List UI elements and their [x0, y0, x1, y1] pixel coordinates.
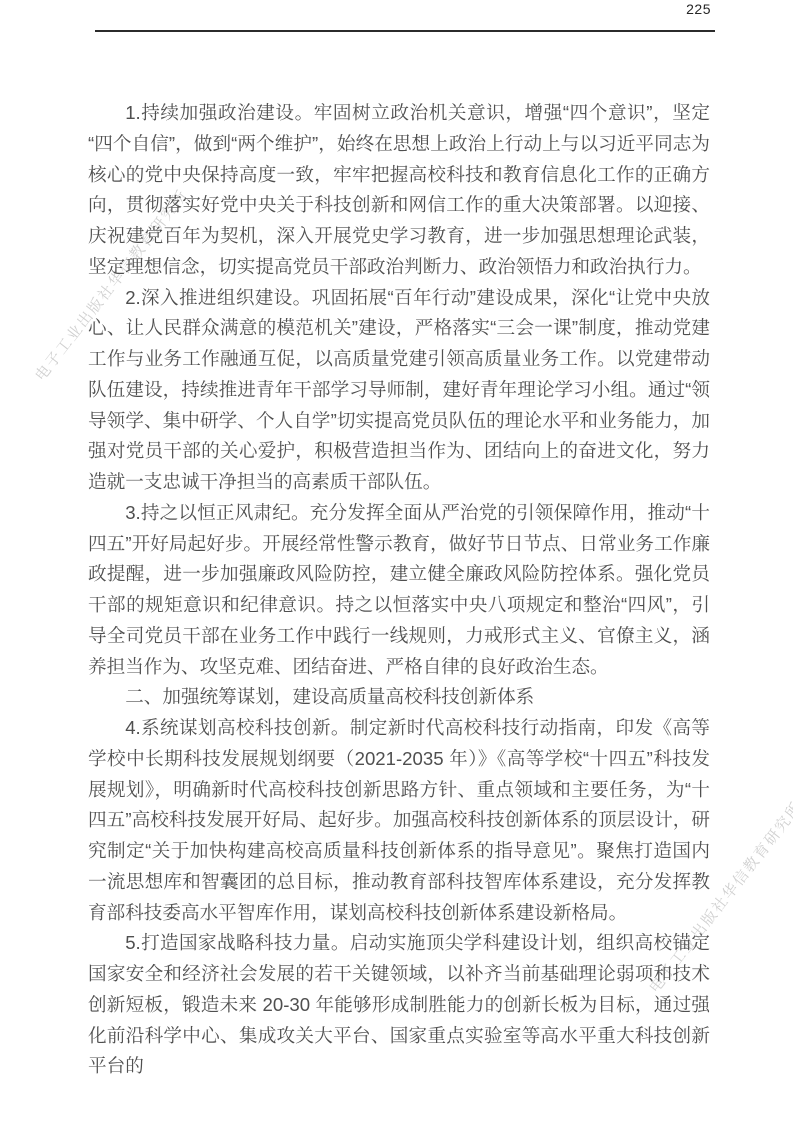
paragraph: 4.系统谋划高校科技创新。制定新时代高校科技行动指南，印发《高等学校中长期科技发…	[88, 713, 710, 928]
section-heading: 二、加强统筹谋划，建设高质量高校科技创新体系	[88, 682, 710, 713]
document-body: 1.持续加强政治建设。牢固树立政治机关意识，增强“四个意识”，坚定“四个自信”，…	[88, 98, 710, 1082]
page-number: 225	[686, 1, 711, 17]
paragraph: 2.深入推进组织建设。巩固拓展“百年行动”建设成果，深化“让党中央放心、让人民群…	[88, 283, 710, 498]
document-page: { "page": { "number": "225" }, "theme": …	[0, 0, 793, 1122]
header-rule	[95, 30, 715, 32]
paragraph: 5.打造国家战略科技力量。启动实施顶尖学科建设计划，组织高校锚定国家安全和经济社…	[88, 928, 710, 1082]
paragraph: 3.持之以恒正风肃纪。充分发挥全面从严治党的引领保障作用，推动“十四五”开好局起…	[88, 498, 710, 683]
paragraph: 1.持续加强政治建设。牢固树立政治机关意识，增强“四个意识”，坚定“四个自信”，…	[88, 98, 710, 283]
